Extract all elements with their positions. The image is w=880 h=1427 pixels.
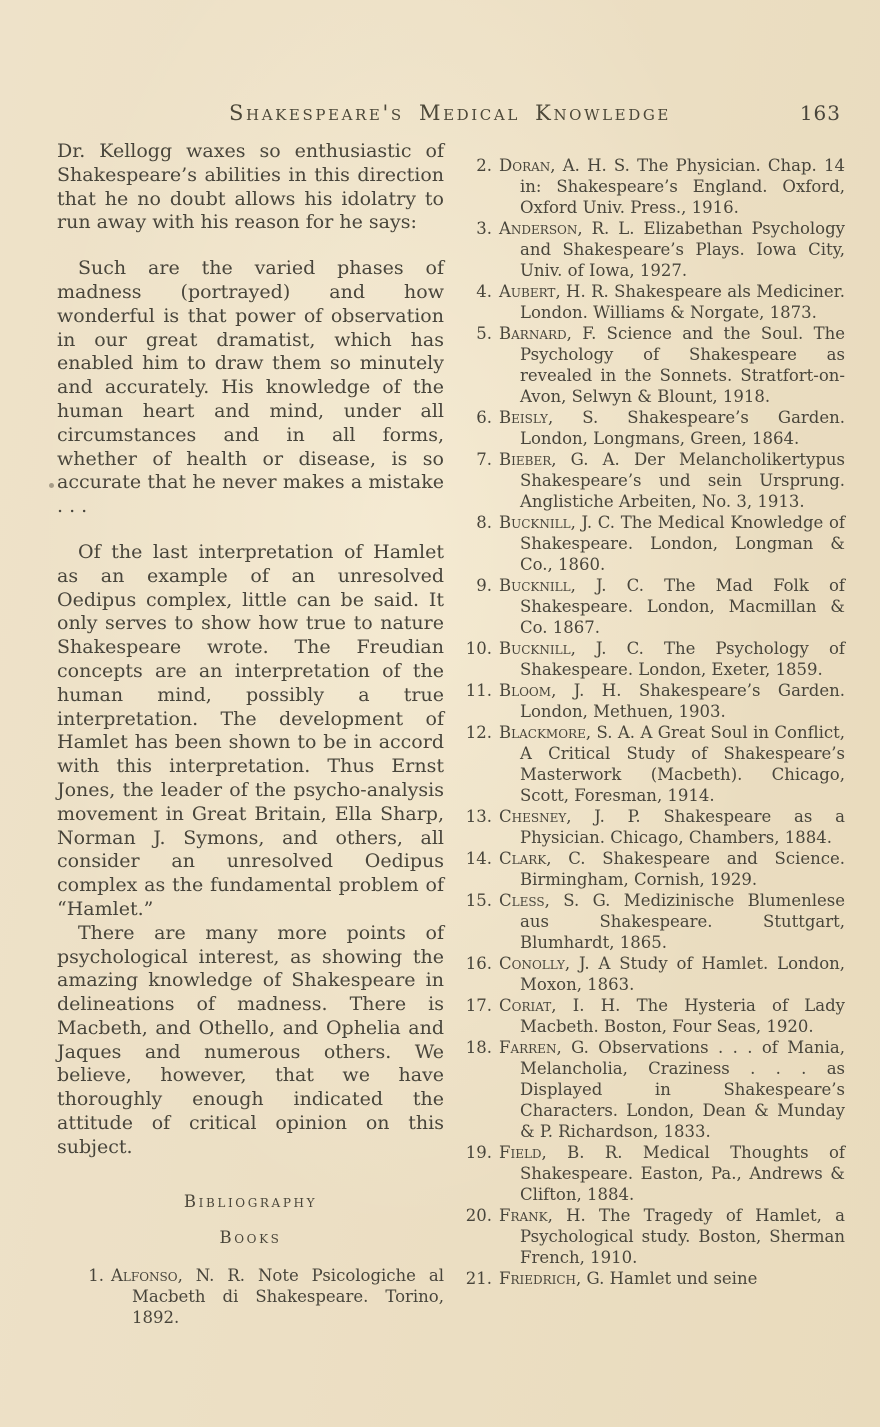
entry-author: Conolly: [499, 954, 565, 973]
entry-text: , J. H. Shakespeare’s Garden. London, Me…: [520, 681, 845, 721]
entry-author: Bucknill: [499, 513, 571, 532]
running-header: Shakespeare's Medical Knowledge 163: [57, 101, 843, 125]
entry-author: Bloom: [499, 681, 551, 700]
entry-text: , S. Shakespeare’s Garden. London, Longm…: [520, 408, 845, 448]
entry-text: , G. Hamlet und seine: [576, 1269, 757, 1288]
entry-text: , J. P. Shakespeare as a Physician. Chic…: [520, 807, 845, 847]
bibliography-entry: 18.Farren, G. Observations . . . of Mani…: [458, 1037, 845, 1142]
bibliography-entry: 16.Conolly, J. A Study of Hamlet. London…: [458, 953, 845, 995]
bibliography-entry: 7.Bieber, G. A. Der Melancholikertypus S…: [458, 449, 845, 512]
bibliography-entry: 2.Doran, A. H. S. The Physician. Chap. 1…: [458, 155, 845, 218]
bibliography-entry: 19.Field, B. R. Medical Thoughts of Shak…: [458, 1142, 845, 1205]
entry-author: Field: [499, 1143, 542, 1162]
bibliography-entry: 21.Friedrich, G. Hamlet und seine: [458, 1268, 845, 1289]
left-column: Dr. Kellogg waxes so enthusiastic of Sha…: [57, 140, 444, 1328]
entry-author: Farren: [499, 1038, 556, 1057]
bibliography-entry: 20.Frank, H. The Tragedy of Hamlet, a Ps…: [458, 1205, 845, 1268]
entry-text: , F. Science and the Soul. The Psycholog…: [520, 324, 845, 406]
entry-number: 7.: [458, 449, 492, 470]
entry-author: Clark: [499, 849, 546, 868]
entry-number: 10.: [458, 638, 492, 659]
entry-number: 21.: [458, 1268, 492, 1289]
entry-number: 2.: [458, 155, 492, 176]
body-paragraph: There are many more points of psychologi…: [57, 922, 444, 1160]
page-number: 163: [800, 101, 841, 125]
entry-number: 5.: [458, 323, 492, 344]
bibliography-entry: 6.Beisly, S. Shakespeare’s Garden. Londo…: [458, 407, 845, 449]
bibliography-entry: 12.Blackmore, S. A. A Great Soul in Conf…: [458, 722, 845, 806]
bibliography-heading: Bibliography: [57, 1190, 444, 1214]
entry-author: Chesney: [499, 807, 566, 826]
entry-author: Frank: [499, 1206, 548, 1225]
bibliography-entry: 3.Anderson, R. L. Elizabethan Psychology…: [458, 218, 845, 281]
entry-author: Bieber: [499, 450, 551, 469]
entry-number: 14.: [458, 848, 492, 869]
entry-number: 20.: [458, 1205, 492, 1226]
entry-author: Beisly: [499, 408, 548, 427]
entry-author: Aubert: [499, 282, 555, 301]
entry-number: 17.: [458, 995, 492, 1016]
entry-number: 18.: [458, 1037, 492, 1058]
entry-author: Bucknill: [499, 576, 571, 595]
entry-author: Blackmore: [499, 723, 586, 742]
entry-author: Cless: [499, 891, 545, 910]
entry-text: , I. H. The Hysteria of Lady Macbeth. Bo…: [520, 996, 845, 1036]
entry-number: 16.: [458, 953, 492, 974]
entry-number: 9.: [458, 575, 492, 596]
right-column: 2.Doran, A. H. S. The Physician. Chap. 1…: [458, 140, 845, 1289]
entry-text: , G. A. Der Melancholikertypus Shakespea…: [520, 450, 845, 511]
entry-number: 19.: [458, 1142, 492, 1163]
entry-number: 11.: [458, 680, 492, 701]
entry-number: 13.: [458, 806, 492, 827]
body-paragraph: Of the last interpretation of Hamlet as …: [57, 541, 444, 922]
ink-speck: [49, 483, 54, 488]
bibliography-list-books: 1.Alfonso, N. R. Note Psicologiche al Ma…: [70, 1265, 444, 1328]
entry-number: 1.: [70, 1265, 104, 1286]
bibliography-entry: 4.Aubert, H. R. Shakespeare als Medicine…: [458, 281, 845, 323]
entry-number: 6.: [458, 407, 492, 428]
entry-author: Barnard: [499, 324, 567, 343]
book-page: Shakespeare's Medical Knowledge 163 Dr. …: [0, 0, 880, 1427]
entry-text: , H. The Tragedy of Hamlet, a Psychologi…: [520, 1206, 845, 1267]
bibliography-entry: 17.Coriat, I. H. The Hysteria of Lady Ma…: [458, 995, 845, 1037]
bibliography-entry: 13.Chesney, J. P. Shakespeare as a Physi…: [458, 806, 845, 848]
entry-number: 4.: [458, 281, 492, 302]
block-quote: Such are the varied phases of madness (p…: [57, 257, 444, 519]
entry-author: Doran: [499, 156, 550, 175]
bibliography-entry: 1.Alfonso, N. R. Note Psicologiche al Ma…: [70, 1265, 444, 1328]
entry-number: 8.: [458, 512, 492, 533]
entry-text: , H. R. Shakespeare als Mediciner. Londo…: [520, 282, 845, 322]
bibliography-entry: 15.Cless, S. G. Medizinische Blumenlese …: [458, 890, 845, 953]
entry-text: , G. Observations . . . of Mania, Melanc…: [520, 1038, 845, 1141]
entry-author: Friedrich: [499, 1269, 576, 1288]
bibliography-entry: 5.Barnard, F. Science and the Soul. The …: [458, 323, 845, 407]
body-paragraph: Dr. Kellogg waxes so enthusiastic of Sha…: [57, 140, 444, 235]
entry-author: Coriat: [499, 996, 551, 1015]
bibliography-entry: 14.Clark, C. Shakespeare and Science. Bi…: [458, 848, 845, 890]
entry-text: , N. R. Note Psicologiche al Macbeth di …: [132, 1266, 444, 1327]
bibliography-entry: 11.Bloom, J. H. Shakespeare’s Garden. Lo…: [458, 680, 845, 722]
bibliography-entry: 10.Bucknill, J. C. The Psychology of Sha…: [458, 638, 845, 680]
entry-text: , S. G. Medizinische Blumenlese aus Shak…: [520, 891, 845, 952]
entry-number: 12.: [458, 722, 492, 743]
entry-text: , B. R. Medical Thoughts of Shakespeare.…: [520, 1143, 845, 1204]
bibliography-list-continued: 2.Doran, A. H. S. The Physician. Chap. 1…: [458, 155, 845, 1289]
entry-text: , J. A Study of Hamlet. London, Moxon, 1…: [520, 954, 845, 994]
page-title: Shakespeare's Medical Knowledge: [229, 101, 671, 125]
books-heading: Books: [57, 1226, 444, 1250]
entry-number: 3.: [458, 218, 492, 239]
entry-text: , C. Shakespeare and Science. Birmingham…: [520, 849, 845, 889]
entry-author: Anderson: [499, 219, 577, 238]
entry-text: , A. H. S. The Physician. Chap. 14 in: S…: [520, 156, 845, 217]
entry-number: 15.: [458, 890, 492, 911]
bibliography-entry: 8.Bucknill, J. C. The Medical Knowledge …: [458, 512, 845, 575]
entry-author: Bucknill: [499, 639, 571, 658]
entry-author: Alfonso: [111, 1266, 178, 1285]
bibliography-entry: 9.Bucknill, J. C. The Mad Folk of Shakes…: [458, 575, 845, 638]
